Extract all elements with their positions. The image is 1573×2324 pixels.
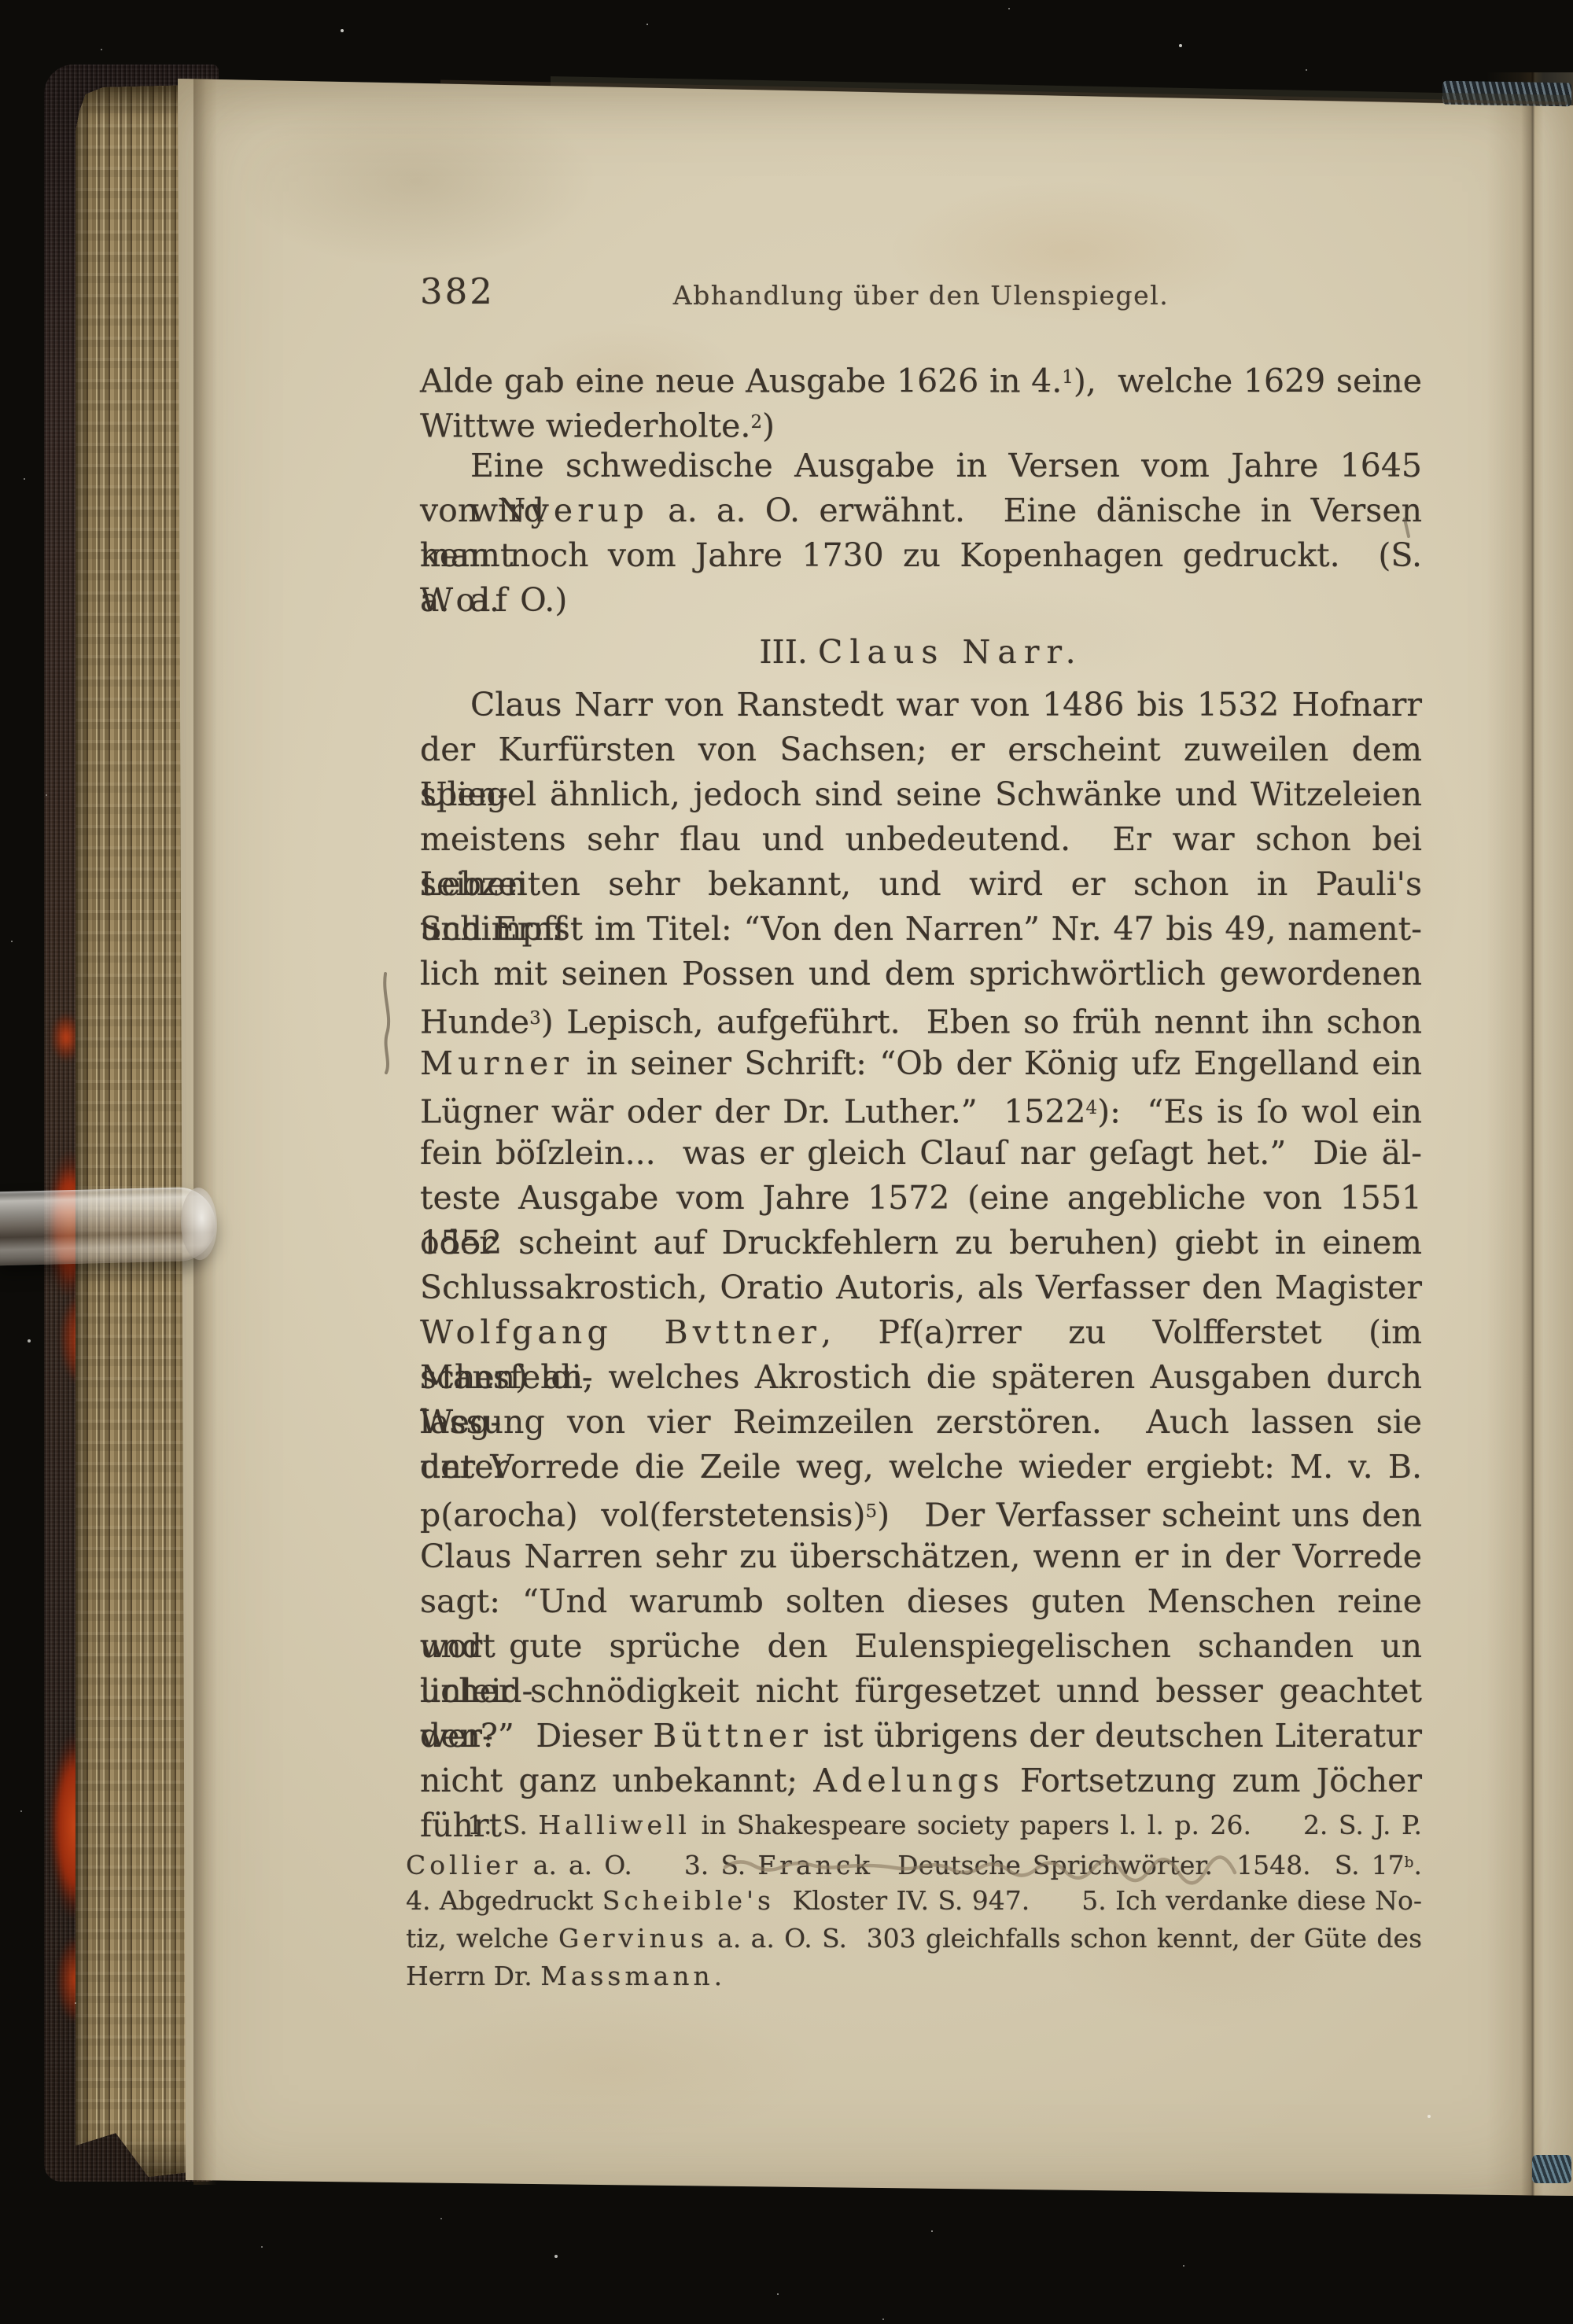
text-run: Alde gab eine neue Ausgabe 1626 in 4. [420, 362, 1062, 400]
text-line: tiz, welche Gervinus a. a. O. S. 303 gle… [406, 1920, 1422, 1958]
text-line: Murner in seiner Schrift: “Ob der König … [420, 1041, 1422, 1086]
text-line: Lebzeiten sehr bekannt, und wird er scho… [420, 862, 1422, 907]
text-run: . [714, 1961, 723, 1991]
text-run: nicht ganz unbekannt; [420, 1762, 813, 1799]
footnote-reference: 3 [529, 1008, 541, 1029]
page-left-shadow [193, 79, 217, 2185]
book-scan-scene: 382 Abhandlung über den Ulenspiegel. Ald… [0, 0, 1573, 2324]
text-run: Massmann [540, 1961, 713, 1991]
text-run [808, 633, 818, 671]
text-run: 2. S. J. P. [1303, 1810, 1422, 1840]
text-run: Wolfgang Bvttner [420, 1313, 821, 1351]
text-run: Deutsche Sprichwörter. 1548. S. 17 [874, 1850, 1405, 1880]
text-line: Wittwe wiederholte.2) [420, 400, 1422, 445]
text-run: 4. Abgedruckt [406, 1885, 602, 1916]
text-run: . [1413, 1850, 1422, 1880]
text-run: Claus Narr. [818, 633, 1083, 671]
text-run: man noch vom Jahre 1730 zu Kopenhagen ge… [420, 536, 1432, 574]
text-line: Eine schwedische Ausgabe in Versen vom J… [420, 444, 1422, 488]
text-run: a. a. O.) [420, 581, 567, 619]
text-line: meistens sehr flau und unbedeutend. Er w… [420, 817, 1422, 862]
footnote-reference: 5 [865, 1501, 877, 1522]
text-line: Schlussakrostich, Oratio Autoris, als Ve… [420, 1265, 1422, 1310]
text-run: a. a. O. [521, 1850, 632, 1880]
text-run: Scheible's [602, 1885, 775, 1916]
footnote-reference: b [1405, 1854, 1414, 1871]
text-line: der Kurfürsten von Sachsen; er erscheint… [420, 727, 1422, 772]
text-line: Lügner wär oder der Dr. Luther.” 15224):… [420, 1086, 1422, 1131]
dust-specks [0, 0, 2, 2]
text-run: 5. Ich verdanke diese No- [1081, 1885, 1422, 1916]
text-run: Herrn Dr. [406, 1961, 540, 1991]
page-gutter [1486, 72, 1573, 2196]
footnotes: 1. S. Halliwell in Shakespeare society p… [406, 1807, 1422, 1995]
text-run: Adelungs [813, 1762, 1004, 1799]
text-run: Halliwell [538, 1810, 691, 1840]
text-run: Murner [420, 1044, 573, 1082]
text-line: den?” Dieser Büttner ist übrigens der de… [420, 1714, 1422, 1759]
spine-headband-top [1442, 81, 1571, 107]
text-run: den?” Dieser [420, 1717, 653, 1755]
text-run: ist übrigens der deutschen Literatur [812, 1717, 1422, 1755]
text-run: Wittwe wiederholte. [420, 407, 750, 444]
text-run: Lügner wär oder der Dr. Luther.” 1522 [420, 1092, 1086, 1130]
text-run: fein böſzlein... was er gleich Clauſ nar… [420, 1134, 1422, 1172]
text-line: Wolfgang Bvttner, Pf(a)rrer zu Volfferst… [420, 1310, 1422, 1355]
text-run: III. [759, 633, 808, 671]
text-line: lassung von vier Reimzeilen zerstören. A… [420, 1400, 1422, 1445]
text-run: ): “Es is ſo wol ein [1097, 1092, 1422, 1130]
text-line: und Ernst im Titel: “Von den Narren” Nr.… [420, 907, 1422, 952]
text-run: tiz, welche [406, 1923, 558, 1954]
text-run: ), welche 1629 seine [1074, 362, 1422, 400]
text-line: fein böſzlein... was er gleich Clauſ nar… [420, 1131, 1422, 1176]
text-run: p(arocha) vol(ferstetensis) [420, 1496, 865, 1534]
glass-page-weight[interactable] [0, 1187, 216, 1266]
text-line: Alde gab eine neue Ausgabe 1626 in 4.1),… [420, 355, 1422, 400]
text-line: a. a. O.) [420, 578, 1422, 623]
text-line: lich mit seinen Possen und dem sprichwör… [420, 952, 1422, 996]
text-line: und gute sprüche den Eulenspiegelischen … [420, 1624, 1422, 1669]
text-run: Hunde [420, 1003, 529, 1040]
text-line: Collier a. a. O. 3. S. Franck Deutsche S… [406, 1844, 1422, 1882]
text-line: sagt: “Und warumb solten dieses guten Me… [420, 1579, 1422, 1624]
text-run: a. a. O. S. 303 gleichfalls schon kennt,… [708, 1923, 1422, 1954]
text-line: Claus Narr von Ranstedt war von 1486 bis… [420, 683, 1422, 727]
text-line: spiegel ähnlich, jedoch sind seine Schwä… [420, 772, 1422, 817]
text-run: lich mit seinen Possen und dem sprichwör… [420, 955, 1422, 993]
footnote-reference: 4 [1086, 1098, 1098, 1118]
text-line: Herrn Dr. Massmann. [406, 1958, 1422, 1995]
text-run: 3. S. [684, 1850, 758, 1880]
paragraph-1: Alde gab eine neue Ausgabe 1626 in 4.1),… [420, 355, 1422, 445]
text-run: 1552 scheint auf Druckfehlern zu beruhen… [420, 1224, 1422, 1261]
text-run: Franck [757, 1850, 874, 1880]
spine-headband-bottom [1532, 2155, 1571, 2183]
text-run: der Vorrede die Zeile weg, welche wieder… [420, 1448, 1422, 1486]
text-run: in Shakespeare society papers l. l. p. 2… [691, 1810, 1251, 1840]
text-run [632, 1850, 684, 1880]
running-title: Abhandlung über den Ulenspiegel. [420, 280, 1422, 311]
text-line: 1. S. Halliwell in Shakespeare society p… [406, 1807, 1422, 1844]
text-line: p(arocha) vol(ferstetensis)5) Der Verfas… [420, 1490, 1422, 1534]
text-run: ) Der Verfasser scheint uns den [877, 1496, 1422, 1534]
text-run: Büttner [653, 1717, 812, 1755]
text-run: Claus Narren sehr zu überschätzen, wenn … [420, 1538, 1422, 1575]
text-run: von [420, 492, 498, 529]
text-run: Collier [406, 1850, 521, 1880]
text-run: ) [762, 407, 775, 444]
text-line: licher schnödigkeit nicht fürgesetzet un… [420, 1669, 1422, 1714]
text-line: schen) an, welches Akrostich die spätere… [420, 1355, 1422, 1400]
text-run [1251, 1810, 1303, 1840]
text-run: und Ernst im Titel: “Von den Narren” Nr.… [420, 910, 1422, 948]
paragraph-3: Claus Narr von Ranstedt war von 1486 bis… [420, 683, 1422, 1803]
text-run: Gervinus [558, 1923, 708, 1954]
text-run: Kloster IV. S. 947. [775, 1885, 1030, 1916]
text-line: 4. Abgedruckt Scheible's Kloster IV. S. … [406, 1882, 1422, 1920]
text-run: in seiner Schrift: “Ob der König ufz Eng… [573, 1044, 1422, 1082]
text-line: 1552 scheint auf Druckfehlern zu beruhen… [420, 1221, 1422, 1265]
text-line: man noch vom Jahre 1730 zu Kopenhagen ge… [420, 533, 1422, 578]
text-line: Claus Narren sehr zu überschätzen, wenn … [420, 1534, 1422, 1579]
section-heading: III. Claus Narr. [420, 628, 1422, 676]
text-line: der Vorrede die Zeile weg, welche wieder… [420, 1445, 1422, 1490]
text-run: spiegel ähnlich, jedoch sind seine Schwä… [420, 775, 1422, 813]
text-run: Claus Narr von Ranstedt war von 1486 bis… [470, 686, 1422, 724]
text-run: ) Lepisch, aufgeführt. Eben so früh nenn… [541, 1003, 1422, 1040]
text-line: von Nyerup a. a. O. erwähnt. Eine dänisc… [420, 488, 1422, 533]
text-run [1030, 1885, 1081, 1916]
footnote-reference: 2 [750, 412, 762, 433]
text-run: Nyerup [498, 492, 649, 529]
text-line: nicht ganz unbekannt; Adelungs Fortsetzu… [420, 1759, 1422, 1803]
text-line: Hunde3) Lepisch, aufgeführt. Eben so frü… [420, 996, 1422, 1041]
paragraph-2: Eine schwedische Ausgabe in Versen vom J… [420, 444, 1422, 623]
text-line: teste Ausgabe vom Jahre 1572 (eine angeb… [420, 1176, 1422, 1221]
text-run: 1. S. [467, 1810, 538, 1840]
footnote-reference: 1 [1062, 367, 1074, 388]
text-run: Schlussakrostich, Oratio Autoris, als Ve… [420, 1269, 1422, 1306]
